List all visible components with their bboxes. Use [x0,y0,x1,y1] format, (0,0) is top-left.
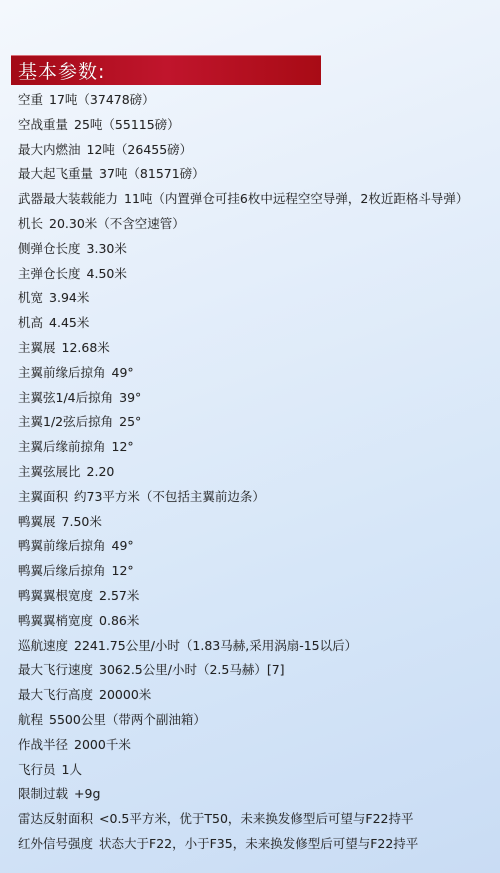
param-combat-radius: 作战半径2000千米 [18,733,468,758]
param-wing-area: 主翼面积约73平方米（不包括主翼前边条） [18,485,468,510]
param-range: 航程5500公里（带两个副油箱） [18,708,468,733]
param-value: +9g [74,786,100,801]
param-value: 39° [119,390,141,405]
param-value: 49° [112,365,134,380]
param-wing-aspect-ratio: 主翼弦展比2.20 [18,460,468,485]
param-ir-signature: 红外信号强度状态大于F22，小于F35，未来换发修型后可望与F22持平 [18,832,468,857]
param-name: 鸭翼翼根宽度 [18,588,93,603]
param-name: 航程 [18,712,43,727]
param-combat-weight: 空战重量25吨（55115磅） [18,113,468,138]
param-name: 机高 [18,315,43,330]
param-value: 4.45米 [49,315,89,330]
param-name: 主翼弦展比 [18,464,81,479]
param-value: 状态大于F22，小于F35，未来换发修型后可望与F22持平 [99,836,418,851]
param-width: 机宽3.94米 [18,286,468,311]
param-name: 巡航速度 [18,638,68,653]
param-value: 12° [112,439,134,454]
param-name: 鸭翼翼梢宽度 [18,613,93,628]
param-value: 3.94米 [49,290,89,305]
param-name: 机长 [18,216,43,231]
param-service-ceiling: 最大飞行高度20000米 [18,683,468,708]
param-value: 1人 [62,762,82,777]
param-length: 机长20.30米（不含空速管） [18,212,468,237]
param-height: 机高4.45米 [18,311,468,336]
param-value: 2.57米 [99,588,139,603]
param-value: 25° [119,414,141,429]
param-max-internal-fuel: 最大内燃油12吨（26455磅） [18,138,468,163]
param-value: 49° [112,538,134,553]
param-value: 4.50米 [87,266,127,281]
param-wing-te-sweep: 主翼后缘前掠角12° [18,435,468,460]
param-value: 0.86米 [99,613,139,628]
param-value: 3062.5公里/小时（2.5马赫）[7] [99,662,285,677]
param-side-bay-length: 侧弹仓长度3.30米 [18,237,468,262]
param-wing-le-sweep: 主翼前缘后掠角49° [18,361,468,386]
param-name: 武器最大装载能力 [18,191,118,206]
param-name: 最大飞行高度 [18,687,93,702]
param-canard-le-sweep: 鸭翼前缘后掠角49° [18,534,468,559]
param-value: 12° [112,563,134,578]
param-name: 红外信号强度 [18,836,93,851]
param-name: 最大内燃油 [18,142,81,157]
param-name: 限制过载 [18,786,68,801]
param-name: 主翼1/2弦后掠角 [18,414,113,429]
param-value: 5500公里（带两个副油箱） [49,712,206,727]
param-value: 约73平方米（不包括主翼前边条） [74,489,265,504]
param-value: 20000米 [99,687,151,702]
param-canard-span: 鸭翼展7.50米 [18,510,468,535]
param-value: 2000千米 [74,737,131,752]
param-canard-tip-chord: 鸭翼翼梢宽度0.86米 [18,609,468,634]
param-name: 空战重量 [18,117,68,132]
param-name: 最大起飞重量 [18,166,93,181]
param-value: 7.50米 [62,514,102,529]
param-wing-half-chord-sweep: 主翼1/2弦后掠角25° [18,410,468,435]
param-value: 37吨（81571磅） [99,166,205,181]
param-name: 空重 [18,92,43,107]
param-list: 空重17吨（37478磅） 空战重量25吨（55115磅） 最大内燃油12吨（2… [18,88,468,857]
param-name: 主翼后缘前掠角 [18,439,106,454]
param-value: 20.30米（不含空速管） [49,216,185,231]
param-name: 主弹仓长度 [18,266,81,281]
section-header: 基本参数: [11,55,321,85]
param-name: 主翼前缘后掠角 [18,365,106,380]
param-max-takeoff-weight: 最大起飞重量37吨（81571磅） [18,162,468,187]
param-crew: 飞行员1人 [18,758,468,783]
param-max-weapon-load: 武器最大装载能力11吨（内置弹仓可挂6枚中远程空空导弹，2枚近距格斗导弹） [18,187,468,212]
param-name: 雷达反射面积 [18,811,93,826]
param-canard-te-sweep: 鸭翼后缘后掠角12° [18,559,468,584]
param-value: <0.5平方米，优于T50，未来换发修型后可望与F22持平 [99,811,414,826]
param-name: 作战半径 [18,737,68,752]
param-value: 2.20 [87,464,115,479]
param-max-speed: 最大飞行速度3062.5公里/小时（2.5马赫）[7] [18,658,468,683]
param-value: 25吨（55115磅） [74,117,180,132]
param-wingspan: 主翼展12.68米 [18,336,468,361]
param-main-bay-length: 主弹仓长度4.50米 [18,262,468,287]
param-name: 侧弹仓长度 [18,241,81,256]
param-wing-quarter-chord-sweep: 主翼弦1/4后掠角39° [18,386,468,411]
param-value: 2241.75公里/小时（1.83马赫,采用涡扇-15以后） [74,638,357,653]
param-name: 鸭翼前缘后掠角 [18,538,106,553]
param-value: 3.30米 [87,241,127,256]
param-name: 最大飞行速度 [18,662,93,677]
param-name: 飞行员 [18,762,56,777]
param-value: 12吨（26455磅） [87,142,193,157]
param-name: 鸭翼后缘后掠角 [18,563,106,578]
param-canard-root-chord: 鸭翼翼根宽度2.57米 [18,584,468,609]
param-value: 11吨（内置弹仓可挂6枚中远程空空导弹，2枚近距格斗导弹） [124,191,468,206]
param-empty-weight: 空重17吨（37478磅） [18,88,468,113]
param-name: 主翼弦1/4后掠角 [18,390,113,405]
param-cruise-speed: 巡航速度2241.75公里/小时（1.83马赫,采用涡扇-15以后） [18,634,468,659]
param-value: 12.68米 [62,340,110,355]
param-rcs: 雷达反射面积<0.5平方米，优于T50，未来换发修型后可望与F22持平 [18,807,468,832]
param-name: 机宽 [18,290,43,305]
param-value: 17吨（37478磅） [49,92,155,107]
param-g-limit: 限制过载+9g [18,782,468,807]
param-name: 主翼面积 [18,489,68,504]
section-title: 基本参数: [18,57,105,84]
param-name: 主翼展 [18,340,56,355]
param-name: 鸭翼展 [18,514,56,529]
